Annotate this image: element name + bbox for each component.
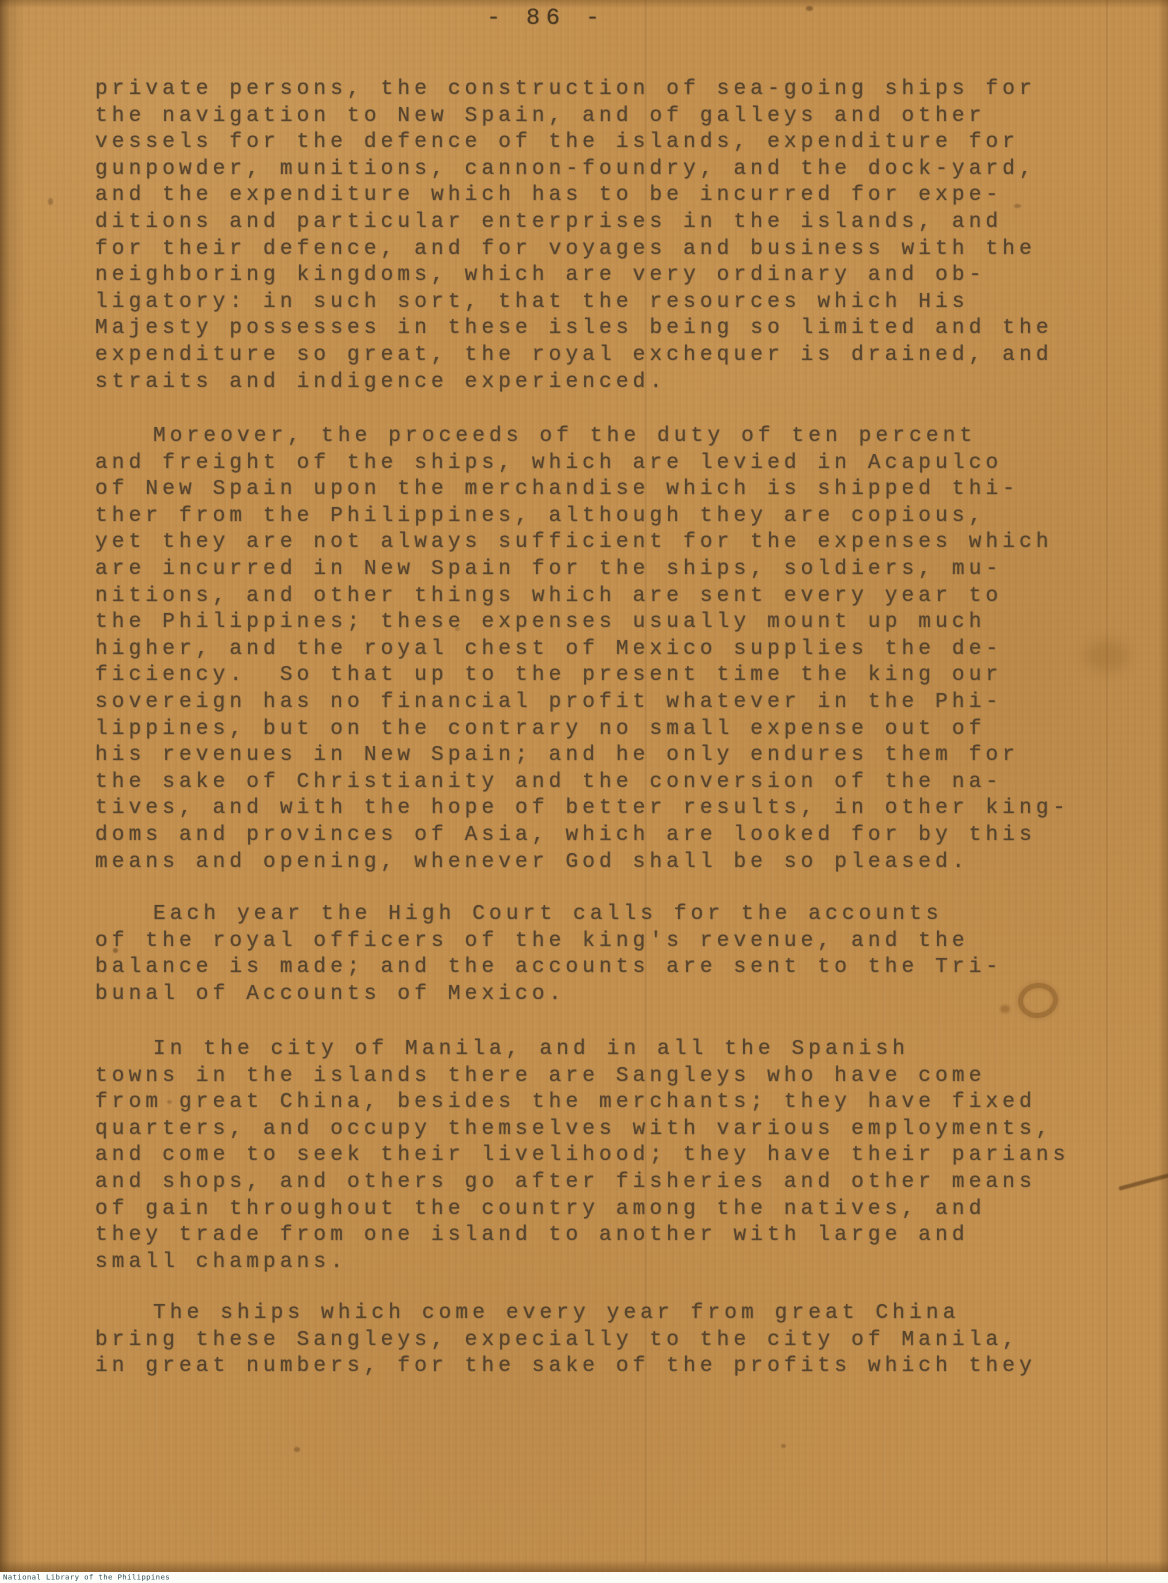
text-line: Majesty possesses in these isles being s… xyxy=(95,316,1105,343)
text-line: of the royal officers of the king's reve… xyxy=(95,929,1105,956)
paragraph: The ships which come every year from gre… xyxy=(95,1301,1105,1381)
text-line: in great numbers, for the sake of the pr… xyxy=(95,1354,1105,1381)
text-line: of gain throughout the country among the… xyxy=(95,1197,1105,1224)
paragraph: Moreover, the proceeds of the duty of te… xyxy=(95,424,1105,876)
text-line: In the city of Manila, and in all the Sp… xyxy=(95,1037,1105,1064)
text-line: the navigation to New Spain, and of gall… xyxy=(95,104,1105,131)
text-line: and shops, and others go after fisheries… xyxy=(95,1170,1105,1197)
paragraph: Each year the High Court calls for the a… xyxy=(95,902,1105,1008)
text-line: they trade from one island to another wi… xyxy=(95,1223,1105,1250)
text-line: the Philippines; these expenses usually … xyxy=(95,610,1105,637)
text-line: doms and provinces of Asia, which are lo… xyxy=(95,823,1105,850)
text-line: ficiency. So that up to the present time… xyxy=(95,663,1105,690)
text-line: for their defence, and for voyages and b… xyxy=(95,237,1105,264)
text-line: his revenues in New Spain; and he only e… xyxy=(95,743,1105,770)
text-line: small champans. xyxy=(95,1250,1105,1277)
typewritten-page: - 86 - private persons, the construction… xyxy=(0,0,1168,1583)
page-number: - 86 - xyxy=(0,5,1130,32)
text-line: and freight of the ships, which are levi… xyxy=(95,451,1105,478)
text-line: tives, and with the hope of better resul… xyxy=(95,796,1105,823)
text-line: are incurred in New Spain for the ships,… xyxy=(95,557,1105,584)
text-line: from great China, besides the merchants;… xyxy=(95,1090,1105,1117)
footer-bar: National Library of the Philippines xyxy=(0,1572,1168,1583)
text-line: lippines, but on the contrary no small e… xyxy=(95,717,1105,744)
text-line: ther from the Philippines, although they… xyxy=(95,504,1105,531)
text-line: balance is made; and the accounts are se… xyxy=(95,955,1105,982)
text-line: towns in the islands there are Sangleys … xyxy=(95,1064,1105,1091)
text-line: quarters, and occupy themselves with var… xyxy=(95,1117,1105,1144)
text-line: and come to seek their livelihood; they … xyxy=(95,1143,1105,1170)
text-line: sovereign has no financial profit whatev… xyxy=(95,690,1105,717)
text-line: The ships which come every year from gre… xyxy=(95,1301,1105,1328)
text-line: ditions and particular enterprises in th… xyxy=(95,210,1105,237)
text-line: nitions, and other things which are sent… xyxy=(95,584,1105,611)
bottom-edge-shadow xyxy=(0,1560,1168,1572)
paragraph: In the city of Manila, and in all the Sp… xyxy=(95,1037,1105,1276)
text-line: higher, and the royal chest of Mexico su… xyxy=(95,637,1105,664)
text-line: vessels for the defence of the islands, … xyxy=(95,130,1105,157)
text-line: of New Spain upon the merchandise which … xyxy=(95,477,1105,504)
text-line: yet they are not always sufficient for t… xyxy=(95,530,1105,557)
text-line: the sake of Christianity and the convers… xyxy=(95,770,1105,797)
text-line: bring these Sangleys, expecially to the … xyxy=(95,1328,1105,1355)
text-line: and the expenditure which has to be incu… xyxy=(95,183,1105,210)
text-line: Moreover, the proceeds of the duty of te… xyxy=(95,424,1105,451)
text-line: expenditure so great, the royal excheque… xyxy=(95,343,1105,370)
text-line: bunal of Accounts of Mexico. xyxy=(95,982,1105,1009)
footer-label: National Library of the Philippines xyxy=(3,1574,170,1582)
text-line: straits and indigence experienced. xyxy=(95,370,1105,397)
text-line: Each year the High Court calls for the a… xyxy=(95,902,1105,929)
text-line: neighboring kingdoms, which are very ord… xyxy=(95,263,1105,290)
text-line: means and opening, whenever God shall be… xyxy=(95,850,1105,877)
text-line: gunpowder, munitions, cannon-foundry, an… xyxy=(95,157,1105,184)
text-line: private persons, the construction of sea… xyxy=(95,77,1105,104)
paragraph: private persons, the construction of sea… xyxy=(95,77,1105,396)
text-line: ligatory: in such sort, that the resourc… xyxy=(95,290,1105,317)
